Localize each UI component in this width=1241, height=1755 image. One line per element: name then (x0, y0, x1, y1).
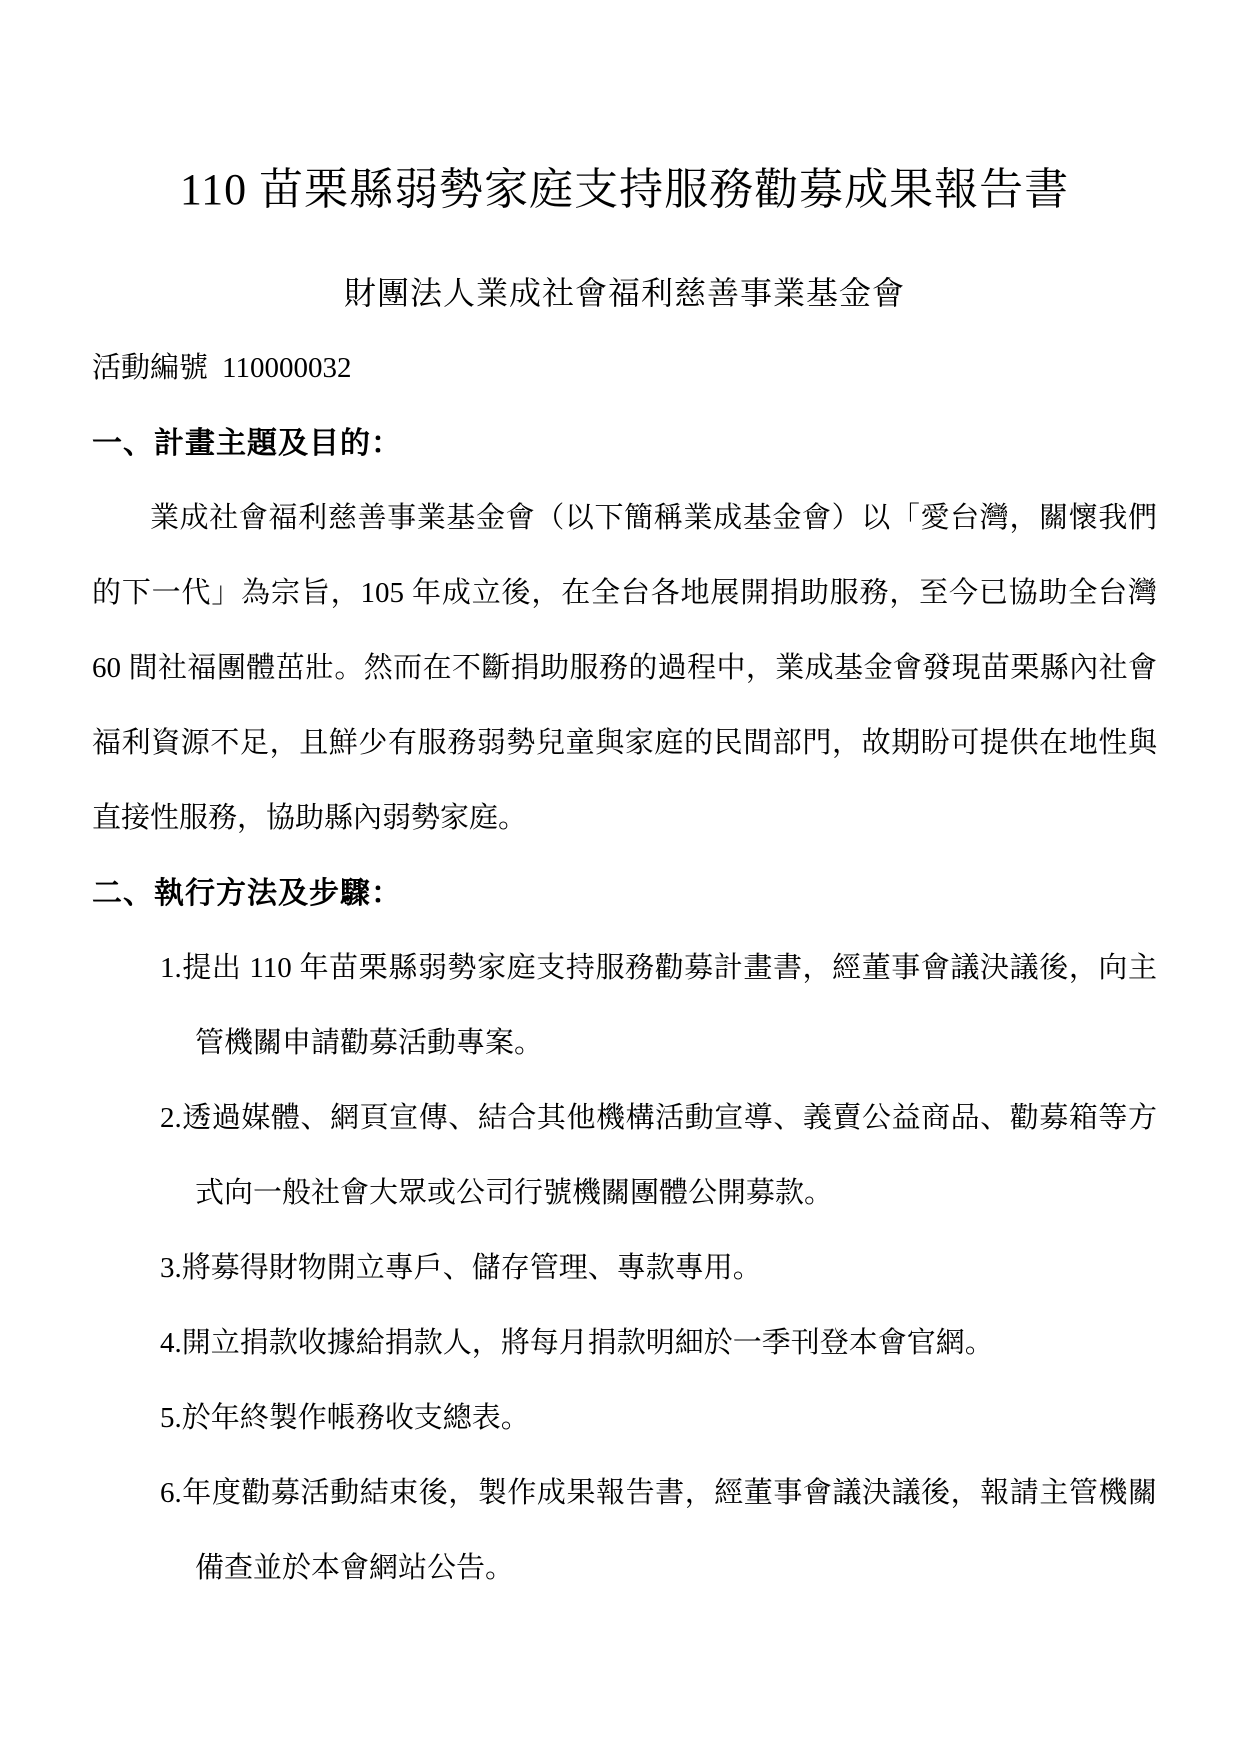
step-item-2: 2.透過媒體、網頁宣傳、結合其他機構活動宣導、義賣公益商品、勸募箱等方式向一般社… (195, 1081, 1157, 1231)
step-item-3: 3.將募得財物開立專戶、儲存管理、專款專用。 (195, 1231, 1157, 1306)
section2-steps: 1.提出 110 年苗栗縣弱勢家庭支持服務勸募計畫書，經董事會議決議後，向主管機… (92, 931, 1157, 1606)
activity-number-value: 110000032 (222, 352, 351, 384)
organization-name: 財團法人業成社會福利慈善事業基金會 (92, 256, 1157, 331)
activity-number-label: 活動編號 (92, 352, 208, 384)
section1-heading: 一、計畫主題及目的： (92, 406, 1157, 481)
step-item-4: 4.開立捐款收據給捐款人，將每月捐款明細於一季刊登本會官網。 (195, 1306, 1157, 1381)
step-item-6: 6.年度勸募活動結束後，製作成果報告書，經董事會議決議後，報請主管機關備查並於本… (195, 1456, 1157, 1606)
section1-paragraph: 業成社會福利慈善事業基金會（以下簡稱業成基金會）以「愛台灣，關懷我們的下一代」為… (92, 481, 1157, 856)
activity-number-line: 活動編號110000032 (92, 331, 1157, 406)
step-item-1: 1.提出 110 年苗栗縣弱勢家庭支持服務勸募計畫書，經董事會議決議後，向主管機… (195, 931, 1157, 1081)
document-title: 110 苗栗縣弱勢家庭支持服務勸募成果報告書 (92, 0, 1157, 230)
section2-heading: 二、執行方法及步驟： (92, 856, 1157, 931)
document-page: 110 苗栗縣弱勢家庭支持服務勸募成果報告書 財團法人業成社會福利慈善事業基金會… (0, 0, 1241, 1755)
step-item-5: 5.於年終製作帳務收支總表。 (195, 1381, 1157, 1456)
